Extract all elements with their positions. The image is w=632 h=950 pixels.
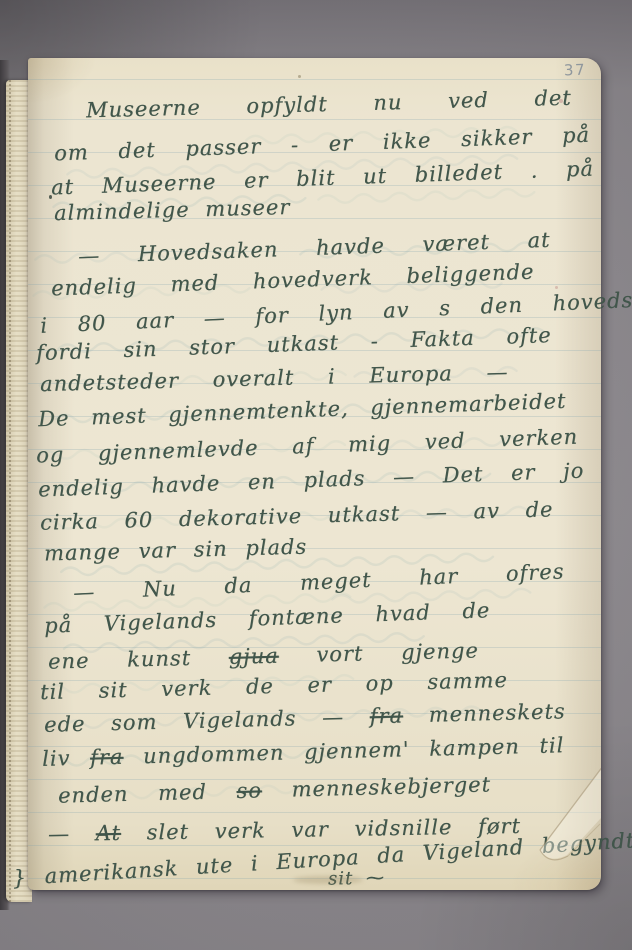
handwritten-line: ede som Vigelands — fra menneskets bbox=[44, 699, 566, 737]
handwritten-text: andetsteder overalt i Europa — bbox=[40, 360, 509, 396]
handwritten-text: på Vigelands fontæne hvad de bbox=[44, 598, 491, 638]
handwritten-text: Museerne opfyldt nu ved det bbox=[86, 86, 572, 123]
struck-word: fra bbox=[90, 745, 124, 770]
handwritten-line: mange var sin plads bbox=[44, 535, 308, 566]
handwritten-line: ene kunst gjua vort gjenge bbox=[48, 638, 479, 673]
struck-word: so bbox=[236, 778, 262, 803]
handwritten-text: liv bbox=[42, 746, 91, 771]
handwritten-text: almindelige museer bbox=[54, 195, 291, 225]
handwritten-line: på Vigelands fontæne hvad de bbox=[44, 598, 491, 638]
struck-word: At bbox=[96, 821, 122, 845]
handwritten-text: menneskets bbox=[403, 699, 566, 727]
handwritten-line: almindelige museer bbox=[54, 195, 291, 225]
paper-speck bbox=[559, 99, 563, 103]
handwritten-text: mange var sin plads bbox=[44, 535, 308, 566]
handwritten-text: enden med bbox=[58, 779, 237, 808]
struck-word: gjua bbox=[228, 644, 279, 669]
handwritten-text: De mest gjennemtenkte, gjennemarbeidet bbox=[38, 389, 567, 431]
handwritten-text: — Nu da meget har ofres bbox=[73, 559, 565, 604]
paper-speck bbox=[298, 75, 301, 78]
handwritten-line: enden med so menneskebjerget bbox=[58, 772, 492, 807]
handwritten-text: ungdommen gjennem' kampen til bbox=[123, 733, 565, 769]
handwritten-line: endelig havde en plads — Det er jo bbox=[38, 458, 585, 501]
paper-speck bbox=[555, 286, 558, 289]
handwritten-line: til sit verk de er op samme bbox=[40, 668, 508, 704]
handwritten-line: — Nu da meget har ofres bbox=[73, 559, 565, 604]
handwritten-text: til sit verk de er op samme bbox=[40, 668, 508, 704]
handwriting-layer: Museerne opfyldt nu ved detom det passer… bbox=[28, 58, 601, 890]
handwritten-text: cirka 60 dekorative utkast — av de bbox=[40, 497, 554, 534]
handwritten-text: menneskebjerget bbox=[262, 772, 492, 802]
ink-dot bbox=[49, 195, 52, 199]
handwritten-line: at Museerne er blit ut billedet . på bbox=[51, 157, 595, 200]
struck-word: fra bbox=[369, 703, 403, 728]
handwritten-text: ene kunst bbox=[48, 645, 229, 674]
handwritten-text: — bbox=[48, 821, 96, 846]
paper-smudge bbox=[293, 876, 363, 884]
manuscript-page: Museerne opfyldt nu ved detom det passer… bbox=[28, 58, 601, 890]
page-number: 37 bbox=[564, 61, 587, 80]
handwritten-text: endelig havde en plads — Det er jo bbox=[38, 458, 585, 501]
handwritten-text: vort gjenge bbox=[278, 638, 479, 667]
handwritten-line: De mest gjennemtenkte, gjennemarbeidet bbox=[38, 389, 567, 431]
handwritten-line: cirka 60 dekorative utkast — av de bbox=[40, 497, 554, 534]
handwritten-text: at Museerne er blit ut billedet . på bbox=[51, 157, 595, 200]
handwritten-line: liv fra ungdommen gjennem' kampen til bbox=[42, 733, 565, 771]
handwritten-line: Museerne opfyldt nu ved det bbox=[86, 86, 572, 123]
handwritten-text: ede som Vigelands — bbox=[44, 704, 370, 737]
handwritten-line: andetsteder overalt i Europa — bbox=[40, 360, 509, 396]
